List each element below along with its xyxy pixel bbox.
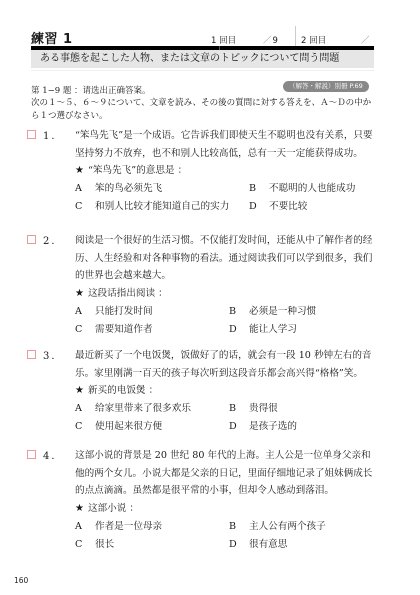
option-text: 和别人比较才能知道自己的实力 bbox=[95, 201, 229, 212]
option-d[interactable]: D能让人学习 bbox=[229, 323, 297, 337]
checkbox-icon[interactable] bbox=[27, 450, 36, 459]
option-letter: D bbox=[229, 323, 249, 337]
option-c[interactable]: C使用起来很方便 bbox=[75, 420, 162, 434]
question-number: 3． bbox=[43, 347, 63, 362]
option-c[interactable]: C和别人比较才能知道自己的实力 bbox=[75, 200, 229, 214]
option-text: 主人公有两个孩子 bbox=[249, 521, 326, 532]
option-text: 必须是一种习惯 bbox=[249, 306, 316, 317]
option-text: 很有意思 bbox=[249, 539, 287, 550]
attempt1-label: 1 回目 bbox=[211, 34, 236, 46]
checkbox-icon[interactable] bbox=[27, 350, 36, 359]
attempt2-label: 2 回目 bbox=[301, 34, 326, 46]
star-icon: ★ bbox=[75, 288, 84, 299]
option-b[interactable]: B必须是一种习惯 bbox=[229, 305, 316, 319]
option-text: 很长 bbox=[95, 539, 114, 550]
question-body: 阅读是一个很好的生活习惯。不仅能打发时间，还能从中了解作者的经历、人生经验和对各… bbox=[75, 232, 375, 285]
option-text: 笨的鸟必须先飞 bbox=[95, 183, 162, 194]
option-letter: C bbox=[75, 323, 95, 337]
option-text: 使用起来很方便 bbox=[95, 421, 162, 432]
star-icon: ★ bbox=[75, 165, 84, 176]
option-letter: A bbox=[75, 402, 95, 416]
option-letter: C bbox=[75, 538, 95, 552]
option-letter: A bbox=[75, 520, 95, 534]
option-a[interactable]: A只能打发时间 bbox=[75, 305, 153, 319]
option-text: 是孩子选的 bbox=[249, 421, 297, 432]
question-body: “笨鸟先飞”是一个成语。它告诉我们即使天生不聪明也没有关系，只要坚持努力不放弃，… bbox=[75, 127, 375, 162]
prompt-text: 这段话指出阅读 ： bbox=[88, 288, 168, 299]
slash-glyph: ／ bbox=[263, 36, 272, 46]
option-c[interactable]: C很长 bbox=[75, 538, 114, 552]
attempt1-score-value: 9 bbox=[273, 36, 278, 46]
option-d[interactable]: D很有意思 bbox=[229, 538, 287, 552]
option-letter: C bbox=[75, 420, 95, 434]
option-b[interactable]: B不聪明的人也能成功 bbox=[249, 182, 355, 196]
option-letter: A bbox=[75, 182, 95, 196]
answer-reference-badge: （解答・解説）別冊 P.69 bbox=[283, 81, 369, 92]
question-prompt: ★这部小说 ： bbox=[75, 502, 139, 516]
option-letter: A bbox=[75, 305, 95, 319]
option-text: 给家里带来了很多欢乐 bbox=[95, 403, 191, 414]
option-a[interactable]: A给家里带来了很多欢乐 bbox=[75, 402, 191, 416]
prompt-text: 新买的电饭煲 ： bbox=[88, 385, 158, 396]
question-prompt: ★“笨鸟先飞”的意思是 ： bbox=[75, 164, 187, 178]
prompt-text: 这部小说 ： bbox=[88, 503, 139, 514]
option-d[interactable]: D是孩子选的 bbox=[229, 420, 297, 434]
option-letter: B bbox=[229, 305, 249, 319]
option-letter: B bbox=[249, 182, 269, 196]
divider bbox=[31, 70, 374, 71]
option-letter: D bbox=[229, 420, 249, 434]
exercise-title: 練習 1 bbox=[31, 28, 73, 47]
option-text: 贵得很 bbox=[249, 403, 278, 414]
prompt-text: “笨鸟先飞”的意思是 ： bbox=[88, 165, 187, 176]
checkbox-icon[interactable] bbox=[27, 235, 36, 244]
attempt1-score: ／9 bbox=[263, 34, 278, 46]
option-text: 需要知道作者 bbox=[95, 324, 153, 335]
option-letter: D bbox=[249, 200, 269, 214]
instruction-chinese: 第 1−9 题 ：请选出正确答案。 bbox=[31, 84, 151, 96]
question-prompt: ★新买的电饭煲 ： bbox=[75, 384, 158, 398]
option-a[interactable]: A笨的鸟必须先飞 bbox=[75, 182, 162, 196]
option-c[interactable]: C需要知道作者 bbox=[75, 323, 153, 337]
score-divider bbox=[295, 26, 296, 46]
option-d[interactable]: D不要比较 bbox=[249, 200, 307, 214]
topic-heading: ある事態を起こした人物、または文章のトピックについて問う問題 bbox=[31, 50, 374, 68]
option-a[interactable]: A作者是一位母亲 bbox=[75, 520, 162, 534]
option-text: 作者是一位母亲 bbox=[95, 521, 162, 532]
option-text: 不聪明的人也能成功 bbox=[269, 183, 355, 194]
instruction-japanese: 次の１～５、６～９について、文章を読み、その後の質問に対する答えを、Ａ～Ｄの中か… bbox=[31, 97, 376, 123]
option-b[interactable]: B主人公有两个孩子 bbox=[229, 520, 326, 534]
option-b[interactable]: B贵得很 bbox=[229, 402, 278, 416]
option-letter: B bbox=[229, 520, 249, 534]
question-number: 1． bbox=[43, 127, 63, 142]
option-text: 只能打发时间 bbox=[95, 306, 153, 317]
exercise-header: 練習 1 1 回目 ／9 2 回目 ／9 bbox=[31, 28, 374, 46]
question-prompt: ★这段话指出阅读 ： bbox=[75, 287, 168, 301]
option-text: 不要比较 bbox=[269, 201, 307, 212]
option-letter: D bbox=[229, 538, 249, 552]
question-body: 最近新买了一个电饭煲，饭做好了的话，就会有一段 10 秒钟左右的音乐。家里刚满一… bbox=[75, 347, 375, 382]
question-body: 这部小说的背景是 20 世纪 80 年代的上海。主人公是一位单身父亲和他的两个女… bbox=[75, 447, 375, 500]
checkbox-icon[interactable] bbox=[27, 130, 36, 139]
question-number: 2． bbox=[43, 232, 63, 247]
star-icon: ★ bbox=[75, 385, 84, 396]
star-icon: ★ bbox=[75, 503, 84, 514]
slash-glyph: ／ bbox=[361, 36, 370, 46]
option-letter: B bbox=[229, 402, 249, 416]
option-letter: C bbox=[75, 200, 95, 214]
page-number: 160 bbox=[14, 576, 28, 585]
option-text: 能让人学习 bbox=[249, 324, 297, 335]
question-number: 4． bbox=[43, 447, 63, 462]
